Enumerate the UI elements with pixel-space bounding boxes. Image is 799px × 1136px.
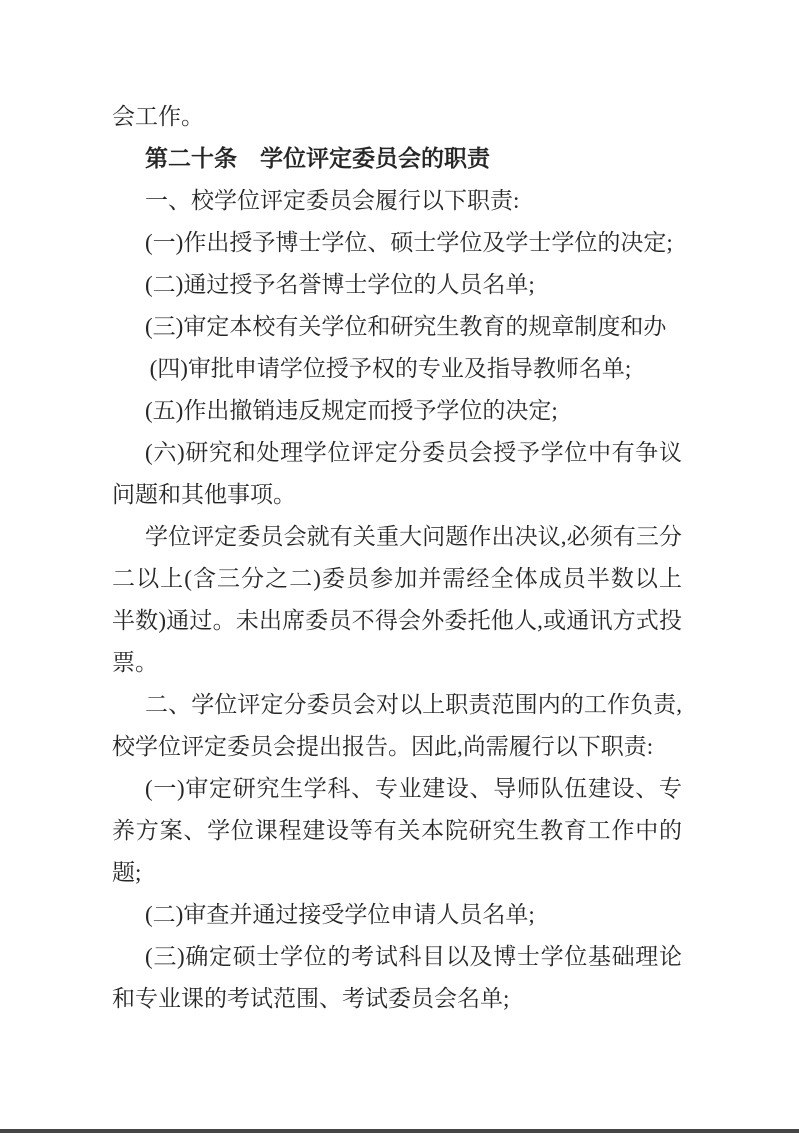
text-line: (二)通过授予名誉博士学位的人员名单; xyxy=(112,264,682,306)
paragraph: (四)审批申请学位授予权的专业及指导教师名单; xyxy=(112,348,682,390)
paragraph: 学位评定委员会就有关重大问题作出决议,必须有三分之二以上(含三分之二)委员参加并… xyxy=(112,516,682,684)
text-line: (一)审定研究生学科、专业建设、导师队伍建设、专业培 xyxy=(112,768,682,810)
text-line: 票。 xyxy=(112,642,682,684)
text-line: (六)研究和处理学位评定分委员会授予学位中有争议的 xyxy=(112,432,682,474)
text-line: 半数)通过。未出席委员不得会外委托他人,或通讯方式投 xyxy=(112,600,682,642)
paragraph: 二、学位评定分委员会对以上职责范围内的工作负责,向校学位评定委员会提出报告。因此… xyxy=(112,684,682,768)
text-line: (四)审批申请学位授予权的专业及指导教师名单; xyxy=(112,348,682,390)
text-line: 校学位评定委员会提出报告。因此,尚需履行以下职责: xyxy=(112,726,682,768)
document-text: 会工作。第二十条 学位评定委员会的职责一、校学位评定委员会履行以下职责:(一)作… xyxy=(112,96,682,1020)
text-line: 一、校学位评定委员会履行以下职责: xyxy=(112,180,682,222)
text-line: 会工作。 xyxy=(112,96,682,138)
text-line: 二以上(含三分之二)委员参加并需经全体成员半数以上(含 xyxy=(112,558,682,600)
text-line: 问题和其他事项。 xyxy=(112,474,682,516)
paragraph: 会工作。 xyxy=(112,96,682,138)
paragraph: (二)通过授予名誉博士学位的人员名单; xyxy=(112,264,682,306)
paragraph: (二)审查并通过接受学位申请人员名单; xyxy=(112,894,682,936)
paragraph: (三)确定硕士学位的考试科目以及博士学位基础理论课和专业课的考试范围、考试委员会… xyxy=(112,936,682,1020)
text-line: (一)作出授予博士学位、硕士学位及学士学位的决定; xyxy=(112,222,682,264)
document-page: 会工作。第二十条 学位评定委员会的职责一、校学位评定委员会履行以下职责:(一)作… xyxy=(0,0,799,1136)
text-line: (三)确定硕士学位的考试科目以及博士学位基础理论课 xyxy=(112,936,682,978)
text-line: 养方案、学位课程建设等有关本院研究生教育工作中的新问 xyxy=(112,810,682,852)
paragraph: (五)作出撤销违反规定而授予学位的决定; xyxy=(112,390,682,432)
paragraph: (一)作出授予博士学位、硕士学位及学士学位的决定; xyxy=(112,222,682,264)
text-line: (五)作出撤销违反规定而授予学位的决定; xyxy=(112,390,682,432)
text-line: (二)审查并通过接受学位申请人员名单; xyxy=(112,894,682,936)
paragraph: 一、校学位评定委员会履行以下职责: xyxy=(112,180,682,222)
page-bottom-edge xyxy=(0,1129,799,1133)
text-line: 二、学位评定分委员会对以上职责范围内的工作负责,向 xyxy=(112,684,682,726)
text-line: 题; xyxy=(112,852,682,894)
text-line: 和专业课的考试范围、考试委员会名单; xyxy=(112,978,682,1020)
text-line: (三)审定本校有关学位和研究生教育的规章制度和办法; xyxy=(112,306,682,348)
text-line: 学位评定委员会就有关重大问题作出决议,必须有三分之 xyxy=(112,516,682,558)
text-line: 第二十条 学位评定委员会的职责 xyxy=(112,138,682,180)
paragraph: (三)审定本校有关学位和研究生教育的规章制度和办法; xyxy=(112,306,682,348)
paragraph: (一)审定研究生学科、专业建设、导师队伍建设、专业培养方案、学位课程建设等有关本… xyxy=(112,768,682,894)
article-heading: 第二十条 学位评定委员会的职责 xyxy=(112,138,682,180)
paragraph: (六)研究和处理学位评定分委员会授予学位中有争议的问题和其他事项。 xyxy=(112,432,682,516)
